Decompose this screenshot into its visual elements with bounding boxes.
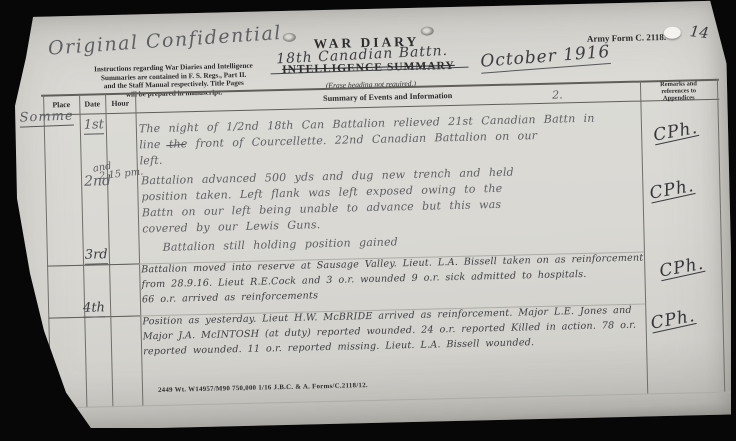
page-number-mark: 14 (689, 22, 710, 42)
date-entry-1: 1st (84, 117, 105, 134)
scan-edge-shadow (0, 428, 736, 441)
col-header-hour: Hour (105, 98, 135, 108)
date-entry-3: 3rd (85, 247, 108, 265)
summary-entry-2b: Battalion still holding position gained (163, 234, 399, 256)
col-header-date: Date (79, 99, 105, 109)
sheet-page-mark: 2. (552, 88, 563, 101)
classification-note: Original Confidential (47, 22, 282, 60)
summary-entry-4: Position as yesterday. Lieut H.W. McBRID… (142, 302, 663, 359)
scanned-war-diary-page: Original Confidential Instructions regar… (0, 0, 736, 441)
footer-imprint: 2449 Wt. W14957/M90 750,000 1/16 J.B.C. … (158, 382, 368, 394)
summary-entry-2: Battalion advanced 500 yds and dug new t… (141, 161, 652, 237)
punch-hole-icon (664, 27, 681, 39)
place-entry: Somme (19, 108, 74, 127)
table-rule (717, 79, 725, 393)
remark-signature-2: CPh. (648, 176, 695, 203)
scan-edge-shadow (731, 0, 736, 441)
month-inscription: October 1916 (480, 42, 612, 74)
paper-sheet: Original Confidential Instructions regar… (3, 1, 735, 432)
summary-entry-1: The night of 1/2nd 18th Can Battalion re… (139, 109, 650, 169)
paper-crease (42, 391, 732, 408)
date-entry-4: 4th (83, 300, 105, 318)
army-form-number: Army Form C. 2118. (587, 32, 666, 44)
summary-entry-3: Battalion moved into reserve at Sausage … (141, 250, 670, 307)
remark-signature-1: CPh. (652, 118, 699, 145)
col-header-remarks: Remarks and references to Appendices (640, 81, 717, 103)
